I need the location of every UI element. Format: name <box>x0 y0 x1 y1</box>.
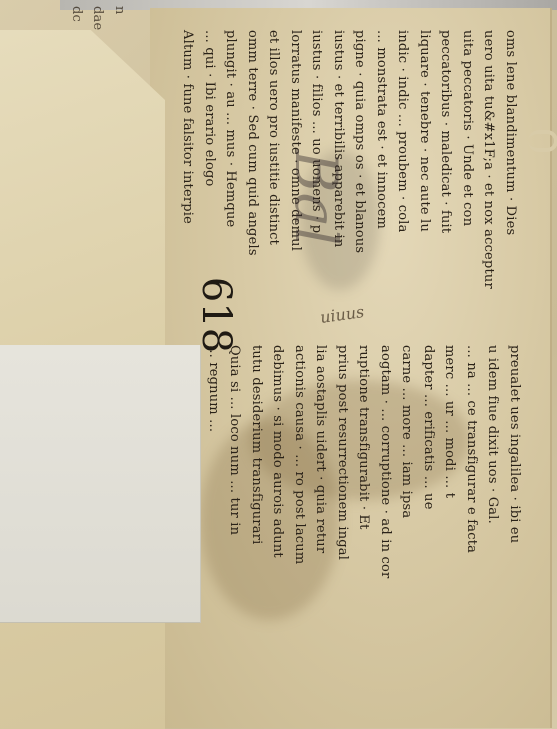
text-line: uero uita tu&#x1F;a · et nox acceptur <box>478 30 500 289</box>
text-line: prius post resurrectionem ingal <box>332 345 354 578</box>
binding-tie <box>528 130 557 152</box>
paper-patch <box>0 345 201 623</box>
text-column-b: preualet ues ingalilea · ibi eu u idem f… <box>203 345 526 578</box>
folio-number: 618 <box>193 277 239 353</box>
left-edge-fragments: n dae dc <box>66 6 131 30</box>
text-fragment: dc <box>66 6 88 30</box>
text-line: peccatoribus · maledicat · fuit <box>435 30 457 289</box>
manuscript-photo: oms lene blandimentum · Dies uero uita t… <box>0 0 557 729</box>
text-line: tutu desiderium transfigurari <box>246 345 268 578</box>
text-fragment: dae <box>87 6 109 30</box>
text-line: ... na ... ce transfigurar e facta <box>461 345 483 578</box>
ink-stamp: Bal <box>180 150 350 260</box>
text-line: Quia si ... loco num ... tur in <box>224 345 246 578</box>
text-line: carne ... more ... iam ipsa <box>396 345 418 578</box>
text-line: pigne · quia omps os · et blanous <box>349 30 371 289</box>
text-line: oms lene blandimentum · Dies <box>500 30 522 289</box>
text-line: actionis causa · ... ro post lacum <box>289 345 311 578</box>
text-line: dapter ... erificatis ... ue <box>418 345 440 578</box>
text-line: liquare · tenebre · nec aute lu <box>414 30 436 289</box>
text-fragment: n <box>109 6 131 30</box>
text-line: ... regnum ... <box>203 345 225 578</box>
text-line: u idem fiue dixit uos · Gal. <box>482 345 504 578</box>
text-line: preualet ues ingalilea · ibi eu <box>504 345 526 578</box>
text-line: debimus · si modo aurois adunt <box>267 345 289 578</box>
text-line: indic · indic ... proubem · cola <box>392 30 414 289</box>
text-line: ... monstrata est · et innocem <box>371 30 393 289</box>
text-line: lia aostaplis uidert · quia retur <box>310 345 332 578</box>
text-line: merc ... ur ... modi ... t <box>439 345 461 578</box>
text-line: aogtam · ... corruptione · ad in cor <box>375 345 397 578</box>
text-line: uita peccatoris · Unde et con <box>457 30 479 289</box>
text-line: ruptione transfigurabit · Et <box>353 345 375 578</box>
